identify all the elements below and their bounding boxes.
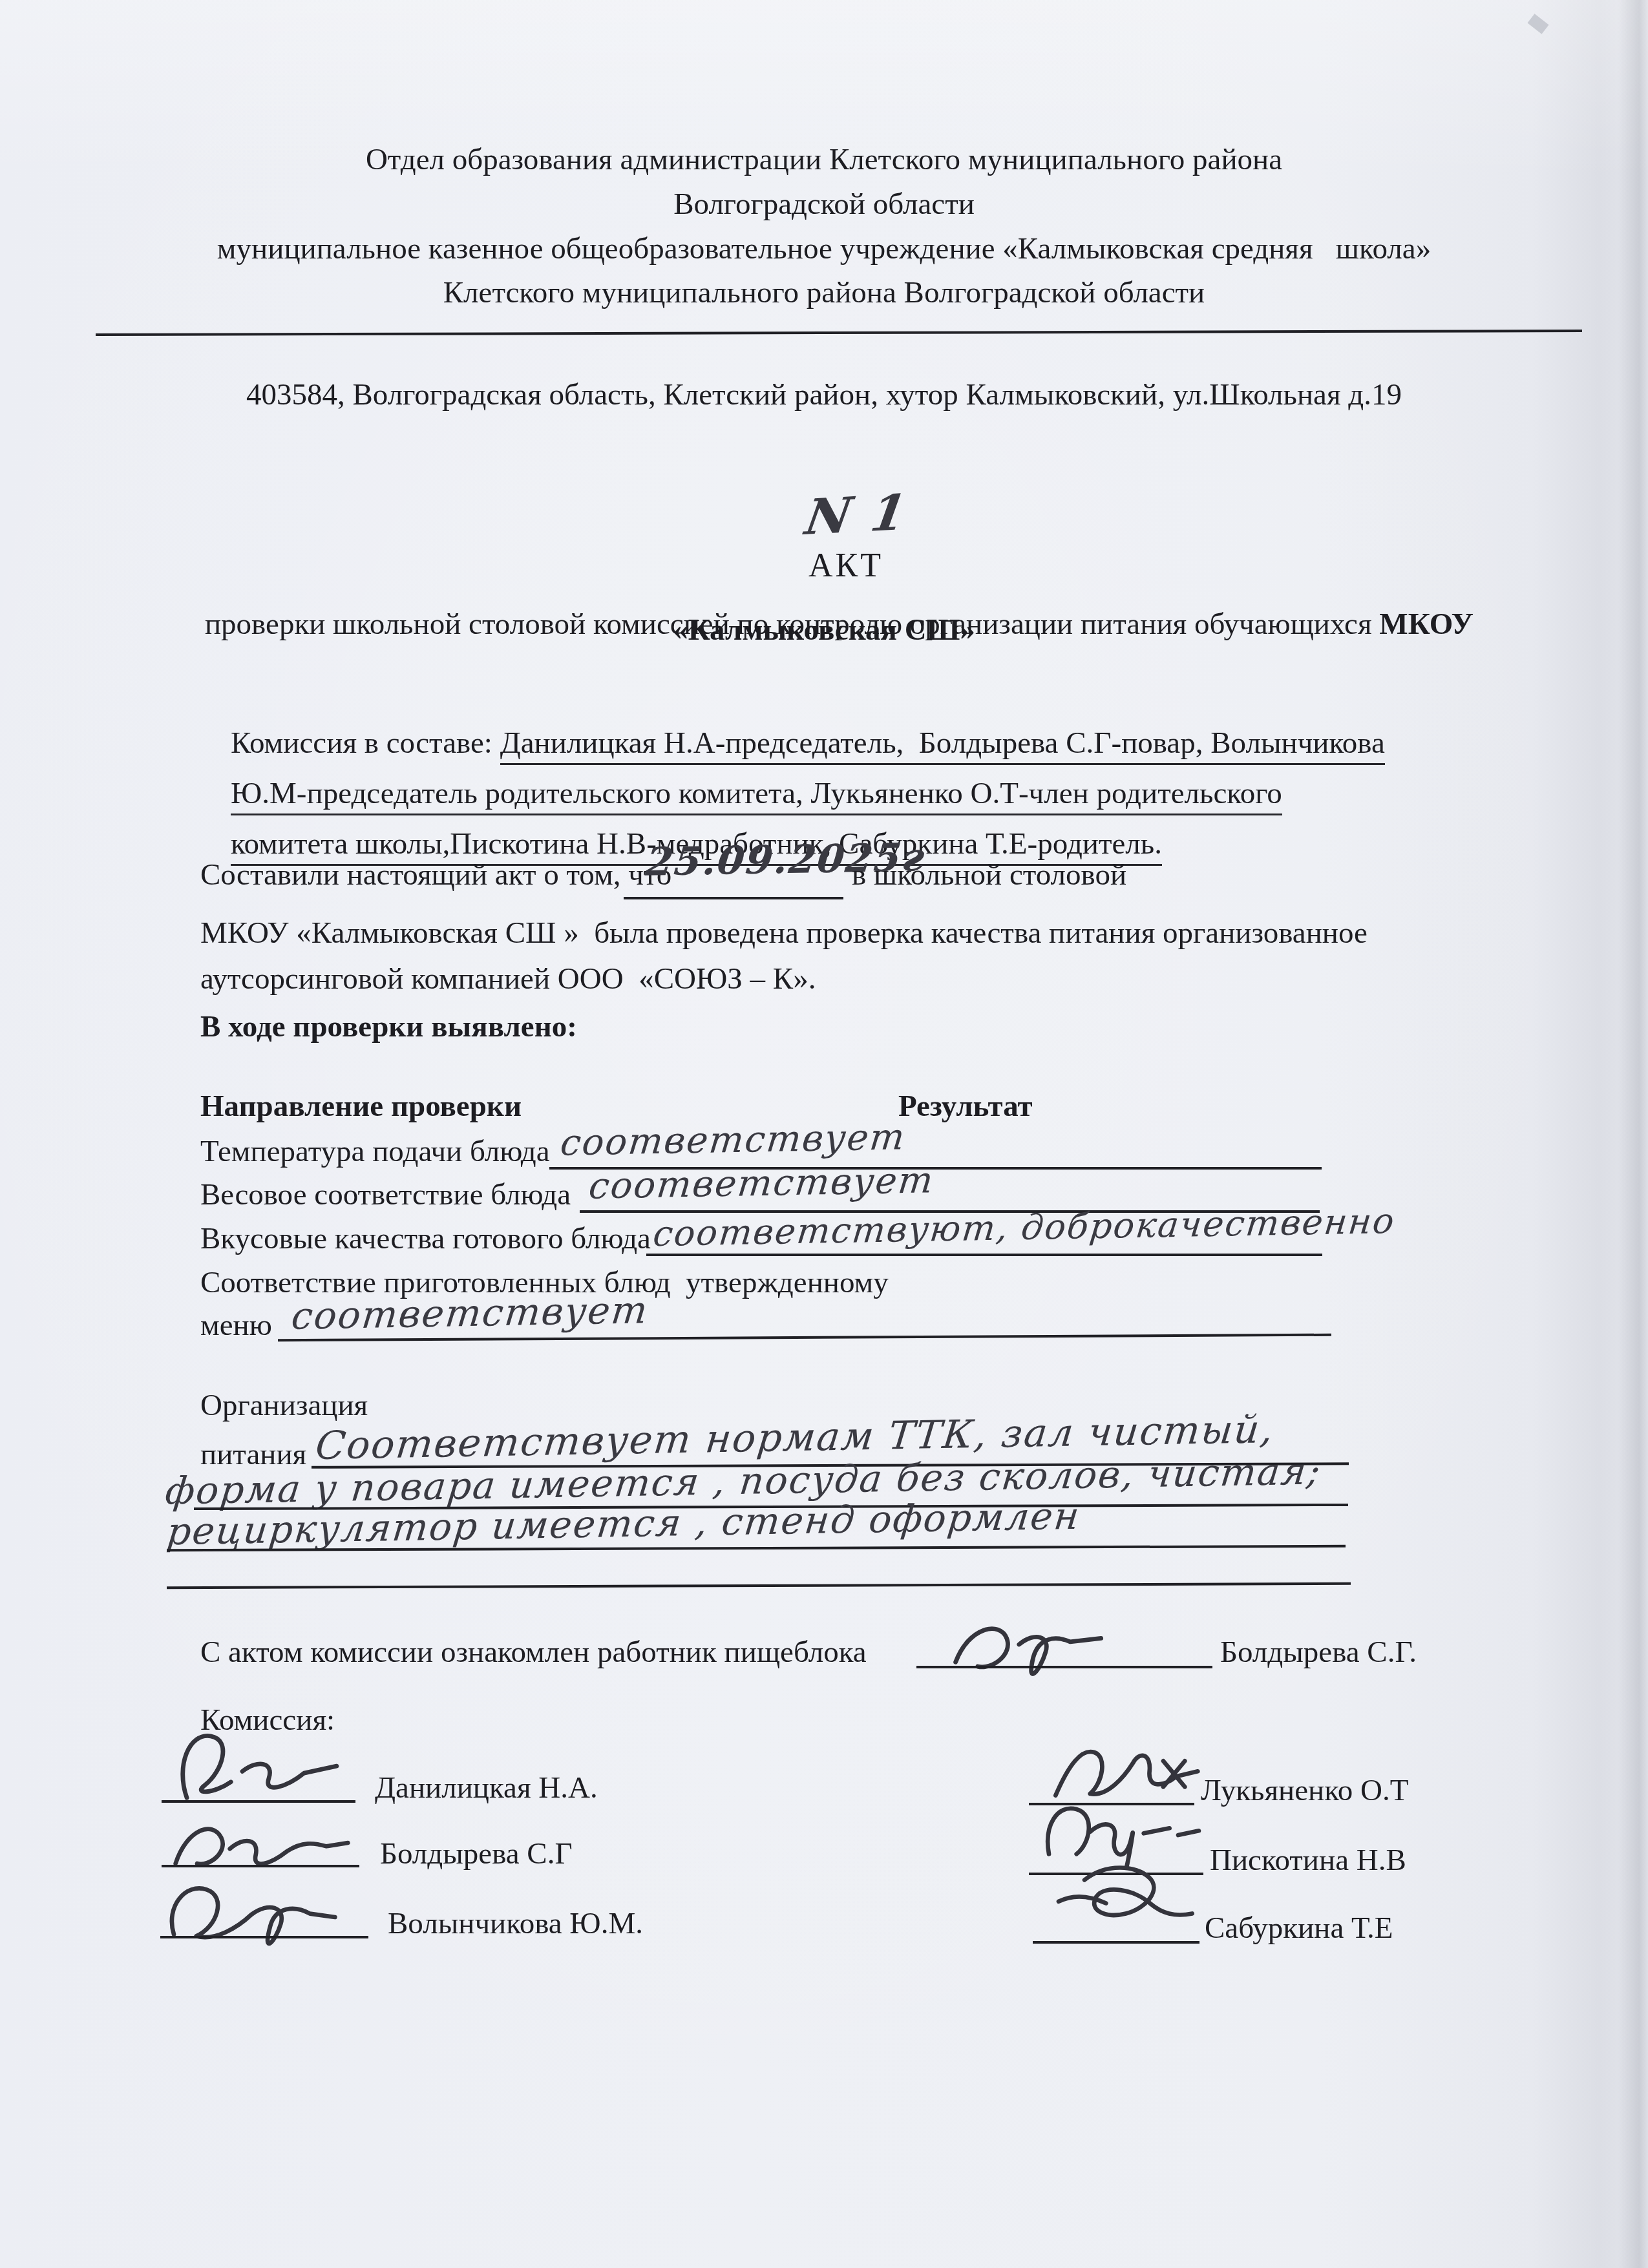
checklist-row-value-handwritten: соответствуют, доброкачественно xyxy=(651,1201,1398,1254)
scan-edge-shadow xyxy=(1618,0,1648,2268)
signature-underline xyxy=(1033,1941,1199,1944)
letterhead-line-1: Отдел образования администрации Клетског… xyxy=(0,141,1648,179)
signature-volynchikova xyxy=(158,1866,365,1953)
signature-name: Сабуркина Т.Е xyxy=(1205,1909,1393,1948)
acknowledgement-prefix: С актом комиссии ознакомлен работник пищ… xyxy=(200,1633,867,1672)
checklist-row-label: Вкусовые качества готового блюда xyxy=(200,1220,651,1258)
statement-body-line-2: аутсорсинговой компанией ООО «СОЮЗ – К». xyxy=(200,960,816,998)
checklist-row4-value-handwritten: соответствует xyxy=(290,1288,651,1338)
signature-underline xyxy=(160,1936,368,1938)
statement-date-underline xyxy=(624,897,843,899)
statement-suffix: в школьной столовой xyxy=(852,856,1126,894)
acknowledgement-signature xyxy=(937,1596,1150,1696)
organization-underline-4 xyxy=(167,1582,1351,1589)
findings-heading: В ходе проверки выявлено: xyxy=(200,1008,577,1046)
statement-prefix: Составили настоящий акт о том, что xyxy=(200,856,671,894)
letterhead-line-4: Клетского муниципального района Волгогра… xyxy=(0,274,1648,312)
acknowledgement-underline xyxy=(916,1666,1212,1668)
act-subtitle-line-2: «Калмыковская СШ» xyxy=(0,611,1648,649)
checklist-row4-label-part2: меню xyxy=(200,1307,272,1345)
checklist-row-value-handwritten: соответствует xyxy=(558,1116,907,1164)
act-number-handwritten: N 1 xyxy=(801,483,912,546)
checklist-col1-header: Направление проверки xyxy=(200,1087,522,1126)
letterhead-rule xyxy=(96,330,1582,336)
organization-label-line-1: Организация xyxy=(200,1387,368,1425)
signature-name: Лукьяненко О.Т xyxy=(1201,1772,1408,1810)
signature-name: Пискотина Н.В xyxy=(1210,1842,1406,1880)
statement-body-line-1: МКОУ «Калмыковская СШ » была проведена п… xyxy=(200,914,1368,952)
checklist-row-value-handwritten: соответствует xyxy=(587,1159,936,1207)
checklist-row-label: Весовое соответствие блюда xyxy=(200,1176,571,1214)
checklist-row-underline xyxy=(646,1254,1322,1256)
signature-saburkina xyxy=(1033,1849,1214,1940)
letterhead-line-2: Волгоградской области xyxy=(0,185,1648,224)
scanned-act-document: Отдел образования администрации Клетског… xyxy=(0,0,1648,2268)
letterhead-line-3: муниципальное казенное общеобразовательн… xyxy=(0,230,1648,268)
scan-smudge xyxy=(1527,14,1548,34)
checklist-col2-header: Результат xyxy=(898,1087,1033,1126)
signature-name: Болдырева С.Г xyxy=(380,1835,573,1873)
signature-name: Данилицкая Н.А. xyxy=(375,1769,598,1807)
acknowledgement-name: Болдырева С.Г. xyxy=(1220,1633,1417,1672)
signature-name: Волынчикова Ю.М. xyxy=(388,1905,643,1943)
signature-danilickaya xyxy=(165,1716,359,1809)
checklist-row-label: Температура подачи блюда xyxy=(200,1133,550,1171)
letterhead-address: 403584, Волгоградская область, Клетский … xyxy=(0,376,1648,414)
